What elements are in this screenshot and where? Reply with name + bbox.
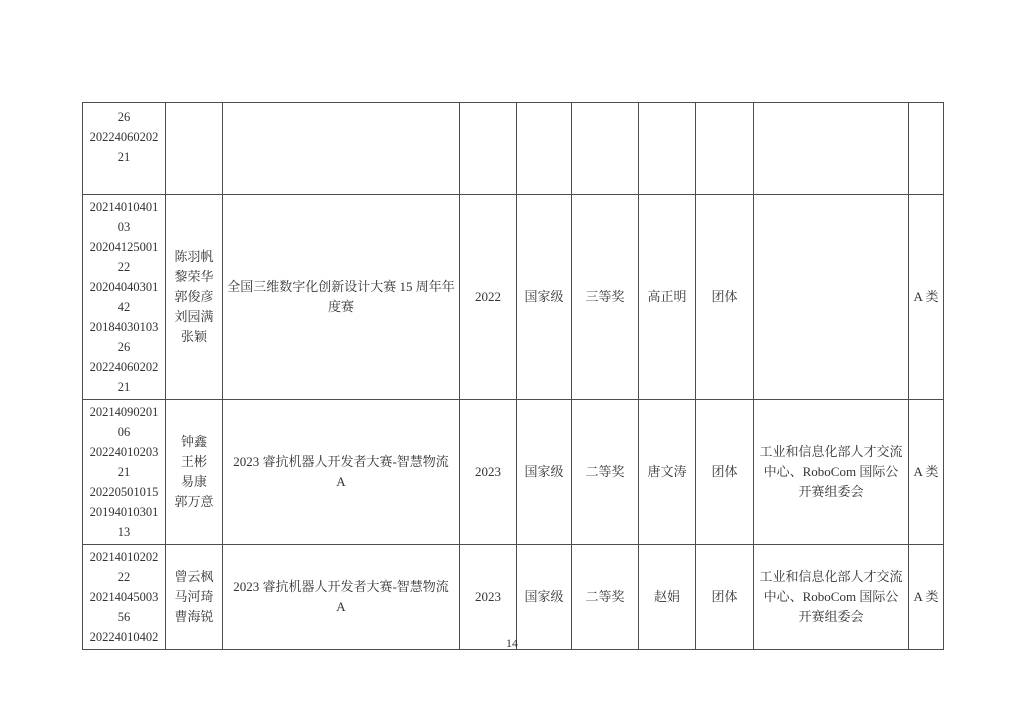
cell-student-ids: 20214010401 03 20204125001 22 2020404030…: [83, 195, 166, 400]
table-row: 26 20224060202 21: [83, 103, 944, 195]
cell-organizer: [754, 103, 909, 195]
cell-advisor: 高正明: [639, 195, 696, 400]
cell-level: 国家级: [517, 195, 572, 400]
cell-award-grade: 二等奖: [572, 400, 639, 545]
cell-year: 2023: [460, 400, 517, 545]
cell-year: [460, 103, 517, 195]
page-number: 14: [0, 636, 1024, 651]
cell-student-ids: 20214090201 06 20224010203 21 2022050101…: [83, 400, 166, 545]
cell-team-type: [696, 103, 754, 195]
cell-level: [517, 103, 572, 195]
cell-member-names: 钟鑫 王彬 易康 郭万意: [166, 400, 223, 545]
cell-student-ids: 20214010202 22 20214045003 56 2022401040…: [83, 545, 166, 650]
table-row: 20214010401 03 20204125001 22 2020404030…: [83, 195, 944, 400]
cell-organizer: [754, 195, 909, 400]
cell-team-type: 团体: [696, 195, 754, 400]
cell-member-names: [166, 103, 223, 195]
cell-category: A 类: [909, 545, 944, 650]
cell-level: 国家级: [517, 400, 572, 545]
cell-competition-name: [223, 103, 460, 195]
cell-award-grade: 三等奖: [572, 195, 639, 400]
cell-organizer: 工业和信息化部人才交流中心、RoboCom 国际公开赛组委会: [754, 545, 909, 650]
cell-team-type: 团体: [696, 545, 754, 650]
cell-year: 2023: [460, 545, 517, 650]
cell-member-names: 曾云枫 马河琦 曹海锐: [166, 545, 223, 650]
cell-category: A 类: [909, 400, 944, 545]
document-page: 26 20224060202 21 20214010401 03 2020412…: [0, 0, 1024, 723]
table-row: 20214010202 22 20214045003 56 2022401040…: [83, 545, 944, 650]
cell-competition-name: 2023 睿抗机器人开发者大赛-智慧物流 A: [223, 400, 460, 545]
cell-level: 国家级: [517, 545, 572, 650]
cell-advisor: 赵娟: [639, 545, 696, 650]
cell-year: 2022: [460, 195, 517, 400]
cell-category: A 类: [909, 195, 944, 400]
cell-competition-name: 2023 睿抗机器人开发者大赛-智慧物流 A: [223, 545, 460, 650]
cell-team-type: 团体: [696, 400, 754, 545]
cell-student-ids: 26 20224060202 21: [83, 103, 166, 195]
cell-category: [909, 103, 944, 195]
awards-table: 26 20224060202 21 20214010401 03 2020412…: [82, 102, 944, 650]
cell-award-grade: 二等奖: [572, 545, 639, 650]
table-row: 20214090201 06 20224010203 21 2022050101…: [83, 400, 944, 545]
cell-competition-name: 全国三维数字化创新设计大赛 15 周年年度赛: [223, 195, 460, 400]
cell-member-names: 陈羽帆 黎荣华 郭俊彦 刘园满 张颖: [166, 195, 223, 400]
cell-award-grade: [572, 103, 639, 195]
cell-advisor: [639, 103, 696, 195]
cell-advisor: 唐文涛: [639, 400, 696, 545]
cell-organizer: 工业和信息化部人才交流中心、RoboCom 国际公开赛组委会: [754, 400, 909, 545]
